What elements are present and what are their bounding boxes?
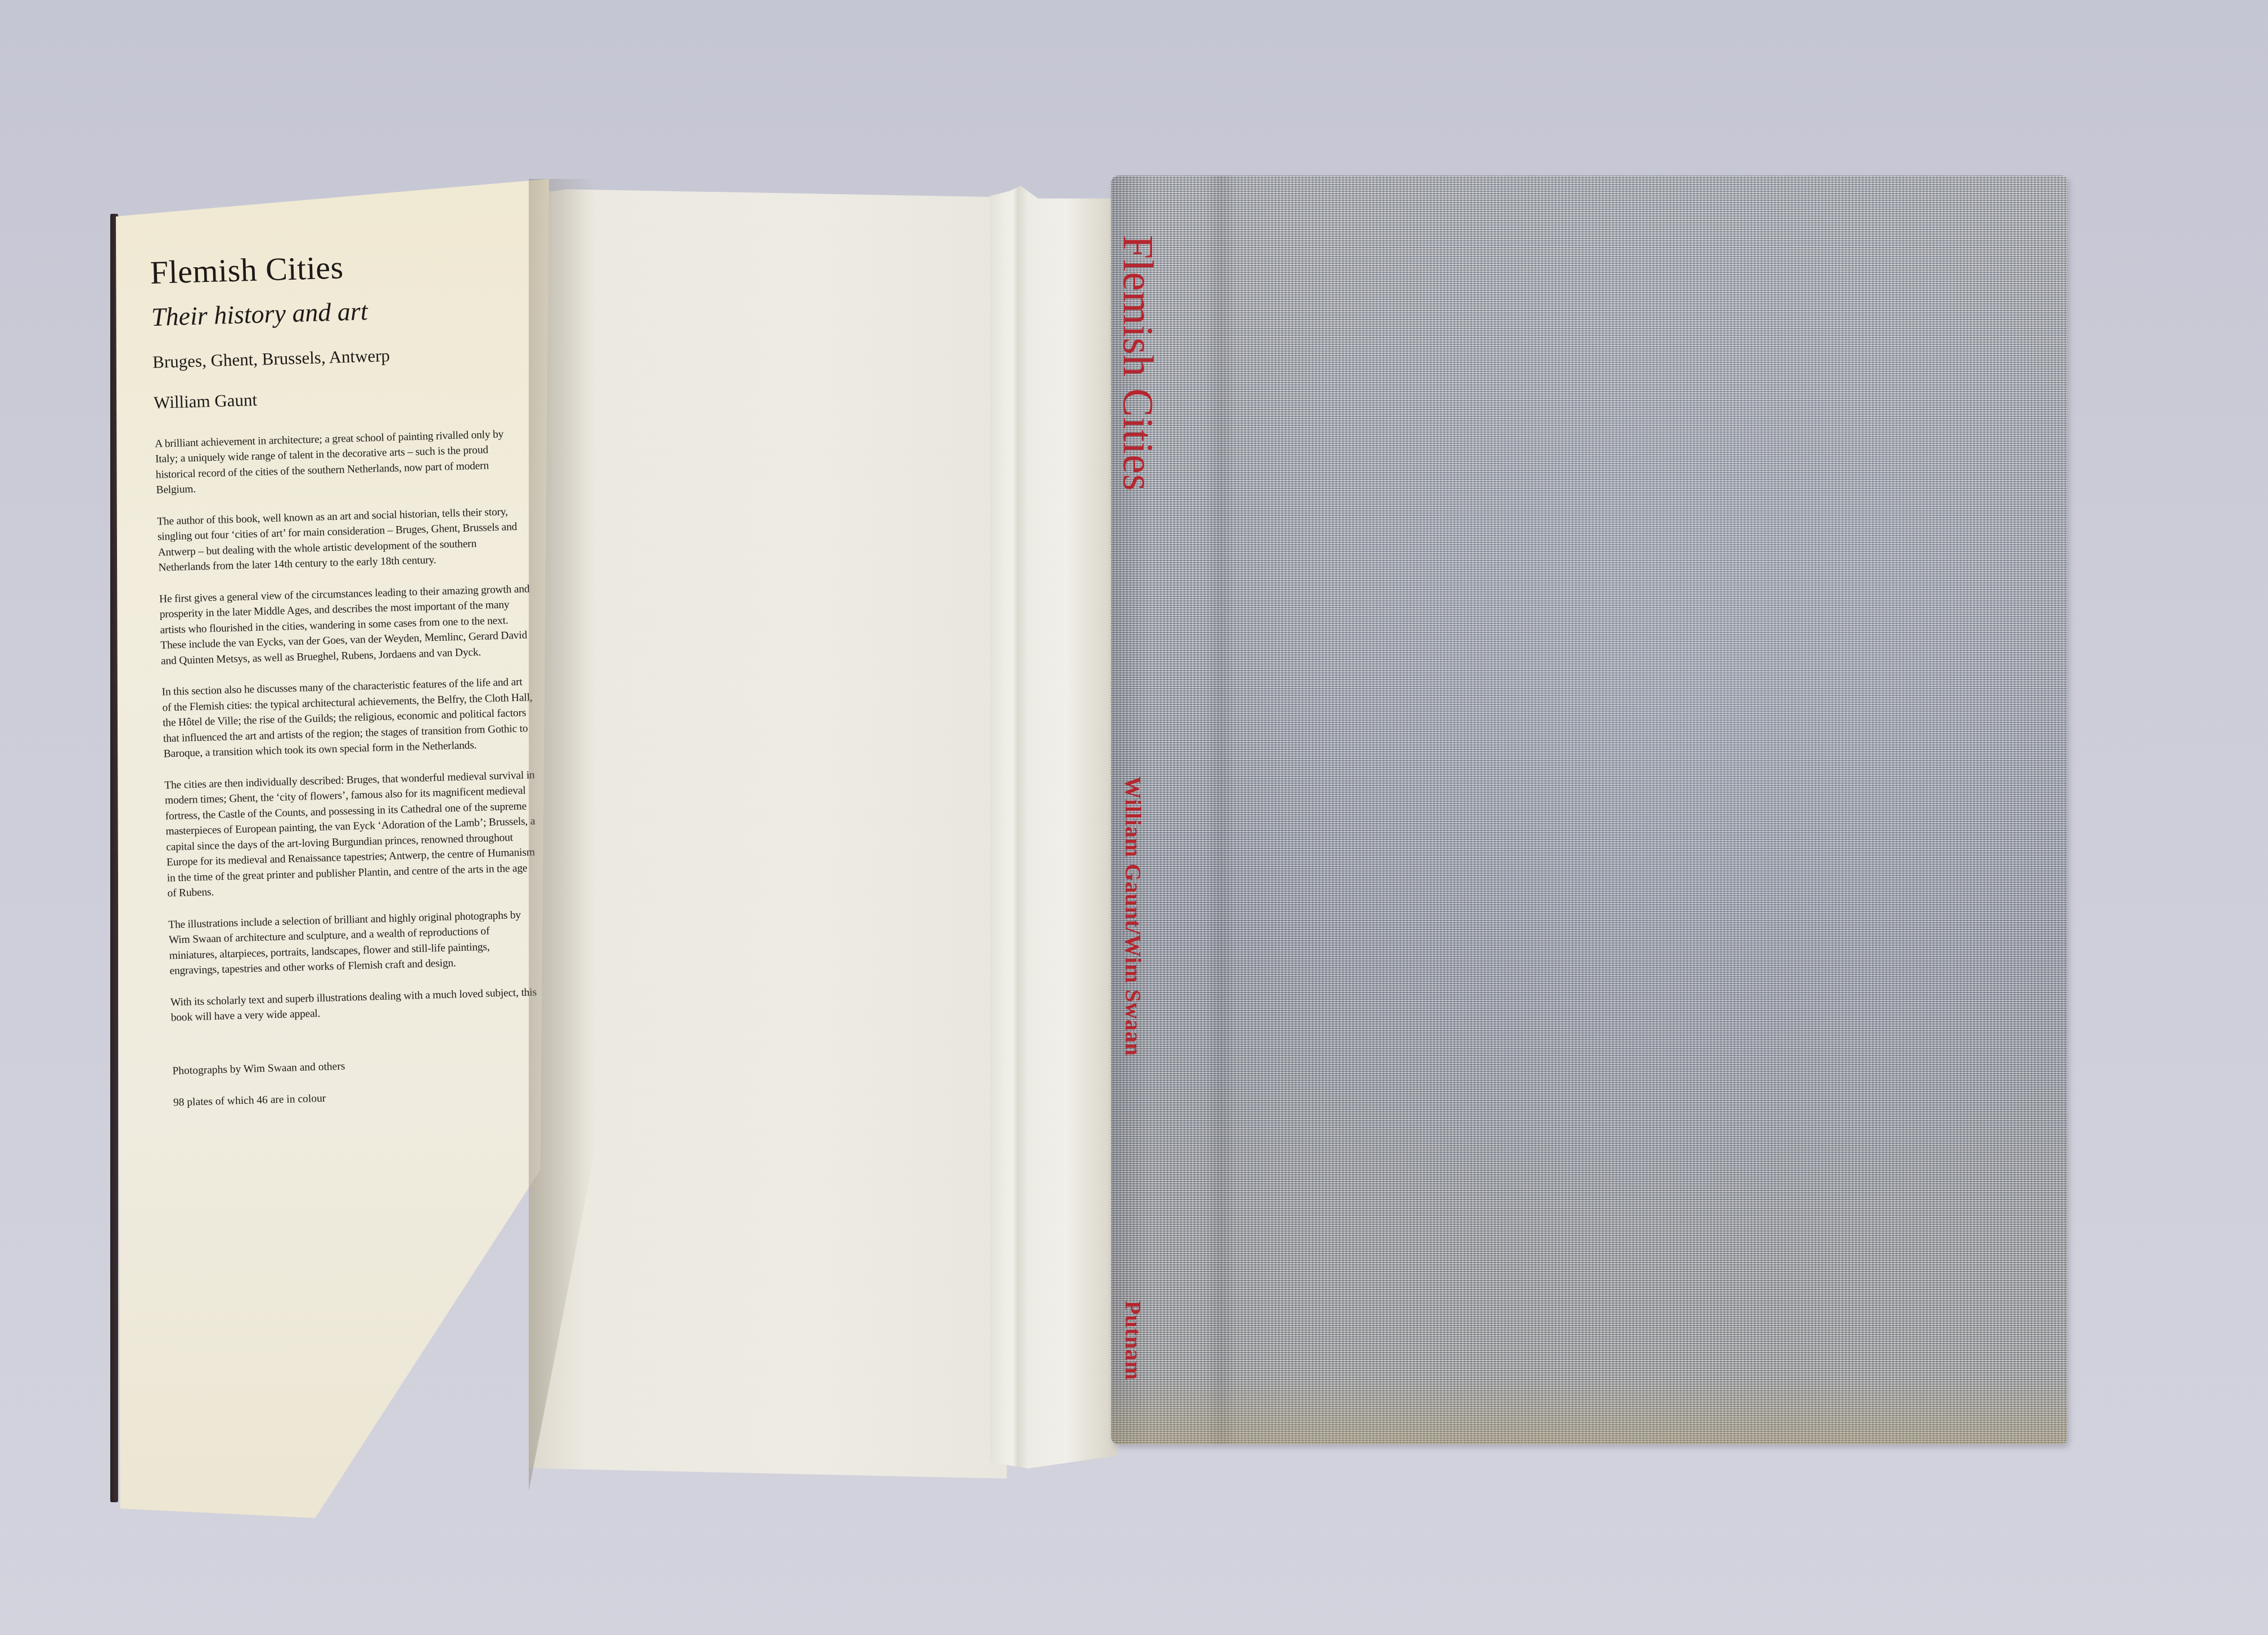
flap-paragraph: He first gives a general view of the cir… [159,581,533,669]
cloth-book-board [1111,176,2067,1444]
spine-authors: William Gaunt/Wim Swaan [1120,776,1145,1056]
dust-jacket-spine-folds [990,186,1117,1468]
flap-paragraph: The cities are then individually describ… [164,767,539,901]
photo-credit: Photographs by Wim Swaan and others [172,1055,543,1077]
photo-scene: Flemish Cities Their history and art Bru… [0,0,2268,1635]
plates-note: 98 plates of which 46 are in colour [173,1086,544,1109]
flap-paragraph: The author of this book, well known as a… [157,504,530,576]
flap-text-block: Flemish Cities Their history and art Bru… [150,245,545,1129]
spine-title: Flemish Cities [1118,235,1158,491]
flap-paragraph: With its scholarly text and superb illus… [170,985,542,1026]
flap-paragraph: In this section also he discusses many o… [161,675,535,762]
dust-jacket-inner-panel [529,179,1007,1479]
dust-jacket-flap: Flemish Cities Their history and art Bru… [116,179,549,1518]
flap-paragraph: A brilliant achievement in architecture;… [155,426,528,498]
flap-paragraph: The illustrations include a selection of… [168,907,541,979]
flap-cities: Bruges, Ghent, Brussels, Antwerp [152,342,524,372]
flap-subtitle: Their history and art [151,291,523,331]
spine-publisher: Putnam [1120,1301,1145,1381]
flap-author: William Gaunt [154,382,525,412]
flap-credits: Photographs by Wim Swaan and others 98 p… [172,1055,544,1109]
flap-title: Flemish Cities [150,245,522,291]
